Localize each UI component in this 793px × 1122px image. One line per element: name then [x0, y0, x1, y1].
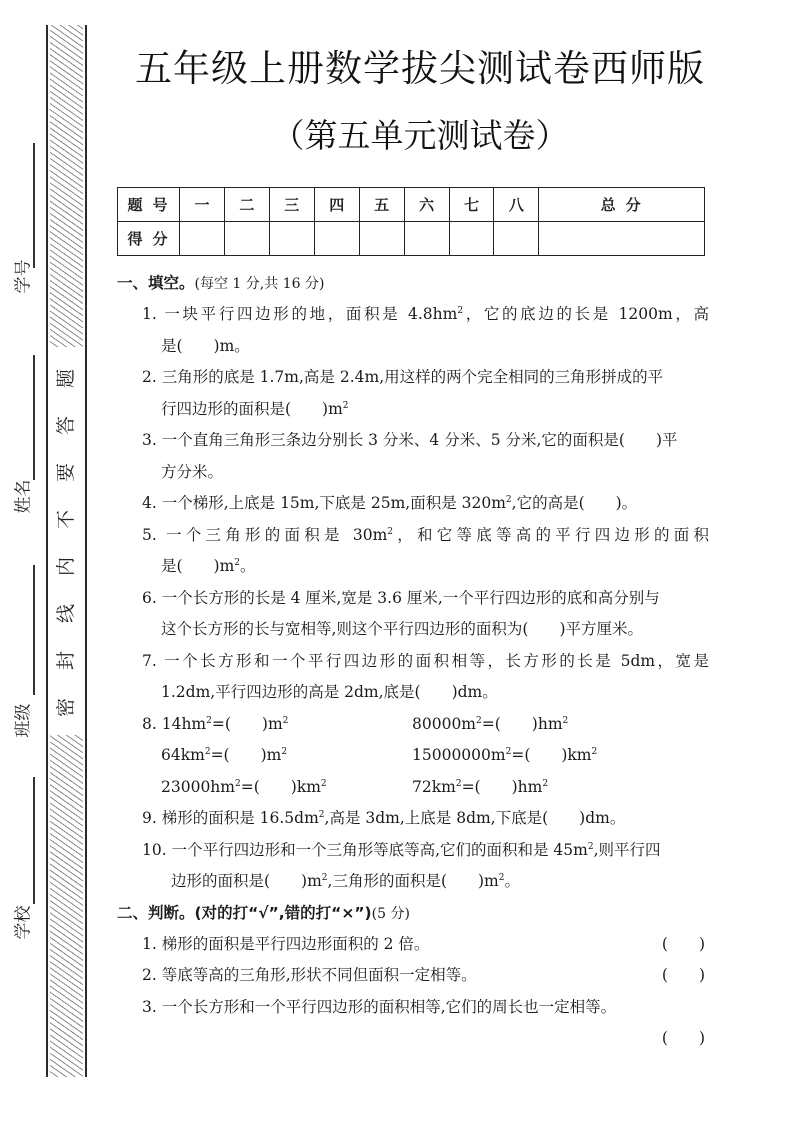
column-header: 二: [224, 188, 269, 222]
column-header: 七: [449, 188, 494, 222]
total-score-header: 总分: [539, 188, 705, 222]
true-false-item-3: 3. 一个长方形和一个平行四边形的面积相等,它们的周长也一定相等。: [117, 992, 709, 1024]
true-false-item-2: 2. 等底等高的三角形,形状不同但面积一定相等。 ( ): [117, 960, 709, 992]
score-cell[interactable]: [494, 222, 539, 256]
question-8-row-2: 64km2=( )m2 15000000m2=( )km2: [117, 740, 709, 772]
student-number-label: 学号: [9, 268, 34, 294]
seal-char: 密: [43, 698, 90, 717]
page-title: 五年级上册数学拔尖测试卷西师版: [100, 38, 740, 92]
question-4: 4. 一个梯形,上底是 15m,下底是 25m,面积是 320m2,它的高是( …: [117, 488, 709, 520]
page-subtitle: （第五单元测试卷）: [100, 110, 740, 157]
conversion-item: 64km2=( )m2: [161, 740, 412, 772]
question-9: 9. 梯形的面积是 16.5dm2,高是 3dm,上底是 8dm,下底是( )d…: [117, 803, 709, 835]
score-cell[interactable]: [449, 222, 494, 256]
column-header: 一: [180, 188, 225, 222]
question-7-line-1: 7. 一个长方形和一个平行四边形的面积相等，长方形的长是 5dm，宽是: [117, 646, 709, 678]
name-line[interactable]: [33, 355, 35, 480]
column-header: 三: [269, 188, 314, 222]
column-header: 八: [494, 188, 539, 222]
school-label: 学校: [9, 914, 34, 940]
binding-margin: 题 答 要 不 内 线 封 密 学号 姓名 班级 学校: [0, 0, 100, 1122]
question-7-line-2: 1.2dm,平行四边形的高是 2dm,底是( )dm。: [117, 677, 709, 709]
seal-char: 要: [43, 463, 90, 482]
student-number-line[interactable]: [33, 143, 35, 268]
score-cell[interactable]: [404, 222, 449, 256]
conversion-item: 72km2=( )hm2: [412, 772, 548, 804]
class-line[interactable]: [33, 565, 35, 695]
score-table-header-row: 题号 一 二 三 四 五 六 七 八 总分: [118, 188, 705, 222]
class-label: 班级: [9, 712, 34, 738]
score-cell[interactable]: [359, 222, 404, 256]
question-3-line-2: 方分米。: [117, 457, 709, 489]
hatch-pattern-top: [50, 25, 83, 347]
score-cell[interactable]: [224, 222, 269, 256]
name-label: 姓名: [9, 488, 34, 514]
question-2-line-2: 行四边形的面积是( )m2: [117, 394, 709, 426]
answer-blank[interactable]: ( ): [662, 1029, 705, 1047]
column-header: 四: [314, 188, 359, 222]
question-10-line-1: 10. 一个平行四边形和一个三角形等底等高,它们的面积和是 45m2,则平行四: [117, 835, 709, 867]
column-header: 六: [404, 188, 449, 222]
school-line[interactable]: [33, 777, 35, 904]
answer-blank[interactable]: ( ): [662, 929, 705, 961]
conversion-item: 15000000m2=( )km2: [412, 740, 597, 772]
binding-line-right: [85, 25, 87, 1077]
answer-blank[interactable]: ( ): [662, 960, 705, 992]
column-header: 五: [359, 188, 404, 222]
conversion-item: 80000m2=( )hm2: [412, 709, 568, 741]
conversion-item: 8. 14hm2=( )m2: [142, 709, 412, 741]
question-10-line-2: 边形的面积是( )m2,三角形的面积是( )m2。: [117, 866, 709, 898]
question-1-line-1: 1. 一块平行四边形的地，面积是 4.8hm2，它的底边的长是 1200m，高: [117, 299, 709, 331]
seal-char: 题: [43, 369, 90, 388]
section-2-heading: 二、判断。(对的打“√”,错的打“×”)(5 分): [117, 898, 709, 929]
score-cell[interactable]: [180, 222, 225, 256]
statement: 1. 梯形的面积是平行四边形面积的 2 倍。: [142, 929, 429, 961]
section-2-note: (5 分): [372, 906, 410, 922]
seal-char: 内: [43, 557, 90, 576]
score-table-score-row: 得分: [118, 222, 705, 256]
statement: 2. 等底等高的三角形,形状不同但面积一定相等。: [142, 960, 477, 992]
exam-content: 一、填空。(每空 1 分,共 16 分) 1. 一块平行四边形的地，面积是 4.…: [117, 268, 709, 1055]
question-5-line-1: 5. 一个三角形的面积是 30m2，和它等底等高的平行四边形的面积: [117, 520, 709, 552]
section-2-title: 二、判断。(对的打“√”,错的打“×”): [117, 904, 372, 922]
question-8-row-1: 8. 14hm2=( )m2 80000m2=( )hm2: [117, 709, 709, 741]
question-number-header: 题号: [118, 188, 180, 222]
question-6-line-1: 6. 一个长方形的长是 4 厘米,宽是 3.6 厘米,一个平行四边形的底和高分别…: [117, 583, 709, 615]
score-cell[interactable]: [314, 222, 359, 256]
seal-char: 答: [43, 416, 90, 435]
question-2-line-1: 2. 三角形的底是 1.7m,高是 2.4m,用这样的两个完全相同的三角形拼成的…: [117, 362, 709, 394]
score-table: 题号 一 二 三 四 五 六 七 八 总分 得分: [117, 187, 705, 256]
question-8-row-3: 23000hm2=( )km2 72km2=( )hm2: [117, 772, 709, 804]
section-1-note: (每空 1 分,共 16 分): [195, 276, 325, 292]
score-row-header: 得分: [118, 222, 180, 256]
hatch-pattern-bottom: [50, 735, 83, 1077]
seal-char: 封: [43, 651, 90, 670]
question-6-line-2: 这个长方形的长与宽相等,则这个平行四边形的面积为( )平方厘米。: [117, 614, 709, 646]
seal-char: 不: [43, 510, 90, 529]
total-score-cell[interactable]: [539, 222, 705, 256]
question-5-line-2: 是( )m2。: [117, 551, 709, 583]
conversion-item: 23000hm2=( )km2: [161, 772, 412, 804]
score-cell[interactable]: [269, 222, 314, 256]
seal-line-warning: 题 答 要 不 内 线 封 密: [52, 355, 82, 731]
question-3-line-1: 3. 一个直角三角形三条边分别长 3 分米、4 分米、5 分米,它的面积是( )…: [117, 425, 709, 457]
question-1-line-2: 是( )m。: [117, 331, 709, 363]
true-false-item-1: 1. 梯形的面积是平行四边形面积的 2 倍。 ( ): [117, 929, 709, 961]
seal-char: 线: [43, 604, 90, 623]
binding-line-left: [46, 25, 48, 1077]
section-1-title: 一、填空。: [117, 274, 195, 292]
true-false-item-3-answer: ( ): [117, 1023, 709, 1055]
section-1-heading: 一、填空。(每空 1 分,共 16 分): [117, 268, 709, 299]
